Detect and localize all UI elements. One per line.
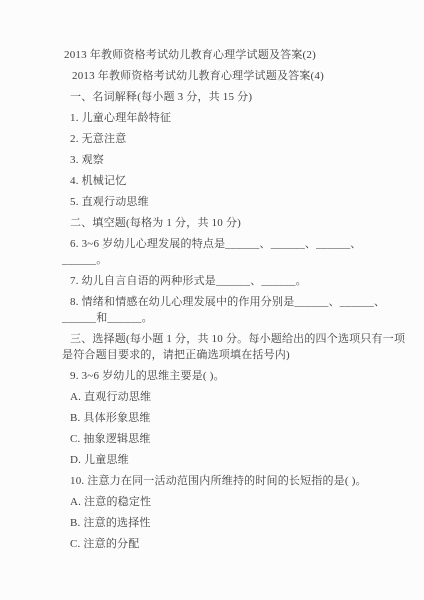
definition-item: 2. 无意注意 [62,131,406,147]
definition-item: 4. 机械记忆 [62,173,406,189]
question-stem: 10. 注意力在同一活动范围内所维持的时间的长短指的是( )。 [62,473,406,489]
section-heading-multiple-choice: 三、选择题(每小题 1 分，共 10 分。每小题给出的四个选项只有一项是符合题目… [62,331,406,363]
choice-option: B. 具体形象思维 [62,410,406,426]
fill-blank-question: 6. 3~6 岁幼儿心理发展的特点是______、______、______、_… [62,236,406,268]
choice-option: D. 儿童思维 [62,452,406,468]
choice-option: C. 注意的分配 [62,536,406,552]
definition-item: 5. 直观行动思维 [62,194,406,210]
question-stem: 9. 3~6 岁幼儿的思维主要是( )。 [62,368,406,384]
choice-option: C. 抽象逻辑思维 [62,431,406,447]
definition-item: 1. 儿童心理年龄特征 [62,110,406,126]
exam-document-page: 2013 年教师资格考试幼儿教育心理学试题及答案(2) 2013 年教师资格考试… [0,0,424,600]
choice-option: A. 直观行动思维 [62,389,406,405]
choice-option: B. 注意的选择性 [62,515,406,531]
definition-item: 3. 观察 [62,152,406,168]
section-heading-fill-blanks: 二、填空题(每格为 1 分，共 10 分) [62,215,406,231]
choice-option: A. 注意的稳定性 [62,494,406,510]
fill-blank-question: 8. 情绪和情感在幼儿心理发展中的作用分别是______、______、____… [62,294,406,326]
fill-blank-question: 7. 幼儿自言自语的两种形式是______、______。 [62,273,406,289]
document-subtitle: 2013 年教师资格考试幼儿教育心理学试题及答案(4) [62,68,406,84]
document-title: 2013 年教师资格考试幼儿教育心理学试题及答案(2) [62,47,406,63]
section-heading-definitions: 一、名词解释(每小题 3 分，共 15 分) [62,89,406,105]
